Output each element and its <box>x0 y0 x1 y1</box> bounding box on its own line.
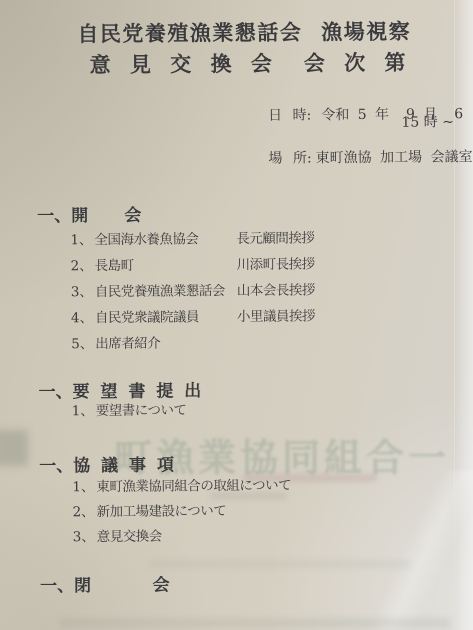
title-line2-left: 意 見 交 換 会 <box>90 53 278 75</box>
section-marker: 一、 <box>40 578 74 595</box>
item-number: 2、 <box>71 260 93 274</box>
item-text: 出席者紹介 <box>95 338 160 352</box>
agenda-item: 2、 新加工場建設について <box>1 503 473 524</box>
item-text: 自民党養殖漁業懇話会 <box>95 285 225 300</box>
meeting-start-time: 15 時 ~ <box>401 115 454 129</box>
item-text: 新加工場建設について <box>96 505 226 520</box>
item-note: 山本会長挨拶 <box>237 284 315 298</box>
section-marker: 一、 <box>37 208 71 225</box>
section-marker: 一、 <box>39 458 73 475</box>
item-number: 4、 <box>71 312 93 326</box>
item-text: 東町漁業協同組合の取組について <box>96 480 291 495</box>
agenda-item: 4、 自民党衆議院議員 小里議員挨拶 <box>0 309 473 330</box>
item-number: 1、 <box>72 481 94 495</box>
section-closing: 一、 閉 会 <box>2 575 473 599</box>
item-text: 意見交換会 <box>97 531 162 545</box>
item-text: 長島町 <box>95 260 134 274</box>
item-note: 小里議員挨拶 <box>237 310 315 324</box>
section-title: 協 議 事 項 <box>73 457 176 475</box>
item-number: 3、 <box>73 531 95 545</box>
agenda-document-page: 町漁業協同組合一 自民党養殖漁業懇話会 漁場視察 意 見 交 換 会 会 次 第… <box>0 0 473 630</box>
document-title-line2: 意 見 交 換 会 会 次 第 <box>30 51 471 75</box>
datetime-label: 日 時: <box>268 107 311 123</box>
agenda-item: 1、 要望書について <box>1 402 473 423</box>
section-title: 開 会 <box>71 208 144 226</box>
agenda-item: 3、 意見交換会 <box>2 528 473 549</box>
item-note: 長元顧問挨拶 <box>236 232 314 246</box>
place-label: 場 所: <box>268 150 311 166</box>
section-request: 一、 要 望 書 提 出 <box>1 381 473 405</box>
section-title: 閉 会 <box>74 578 172 596</box>
section-discussion: 一、 協 議 事 項 <box>1 455 473 479</box>
document-title-line1: 自民党養殖漁業懇話会 漁場視察 <box>18 20 471 45</box>
document-content: 自民党養殖漁業懇話会 漁場視察 意 見 交 換 会 会 次 第 日 時:令和 5… <box>0 0 473 630</box>
item-number: 3、 <box>71 286 93 300</box>
agenda-item: 1、 全国海水養魚協会 長元顧問挨拶 <box>0 231 472 252</box>
item-number: 5、 <box>71 338 93 352</box>
agenda-item: 5、 出席者紹介 <box>0 335 473 356</box>
item-note: 川添町長挨拶 <box>237 258 315 272</box>
agenda-item: 2、 長島町 川添町長挨拶 <box>0 257 473 278</box>
place-value: 東町漁協 加工場 会議室 <box>316 149 473 166</box>
item-number: 2、 <box>72 506 94 520</box>
agenda-item: 3、 自民党養殖漁業懇話会 山本会長挨拶 <box>0 283 473 304</box>
title-line2-right: 会 次 第 <box>304 52 412 74</box>
item-number: 1、 <box>72 405 94 419</box>
section-opening: 一、 開 会 <box>0 205 472 229</box>
item-text: 自民党衆議院議員 <box>95 311 199 325</box>
section-title: 要 望 書 提 出 <box>73 383 204 401</box>
meeting-place: 場 所:東町漁協 加工場 会議室 <box>242 136 473 180</box>
agenda-item: 1、 東町漁業協同組合の取組について <box>1 478 473 499</box>
item-text: 全国海水養魚協会 <box>94 233 198 247</box>
section-marker: 一、 <box>39 384 73 401</box>
item-text: 要望書について <box>96 404 187 418</box>
item-number: 1、 <box>70 234 92 248</box>
